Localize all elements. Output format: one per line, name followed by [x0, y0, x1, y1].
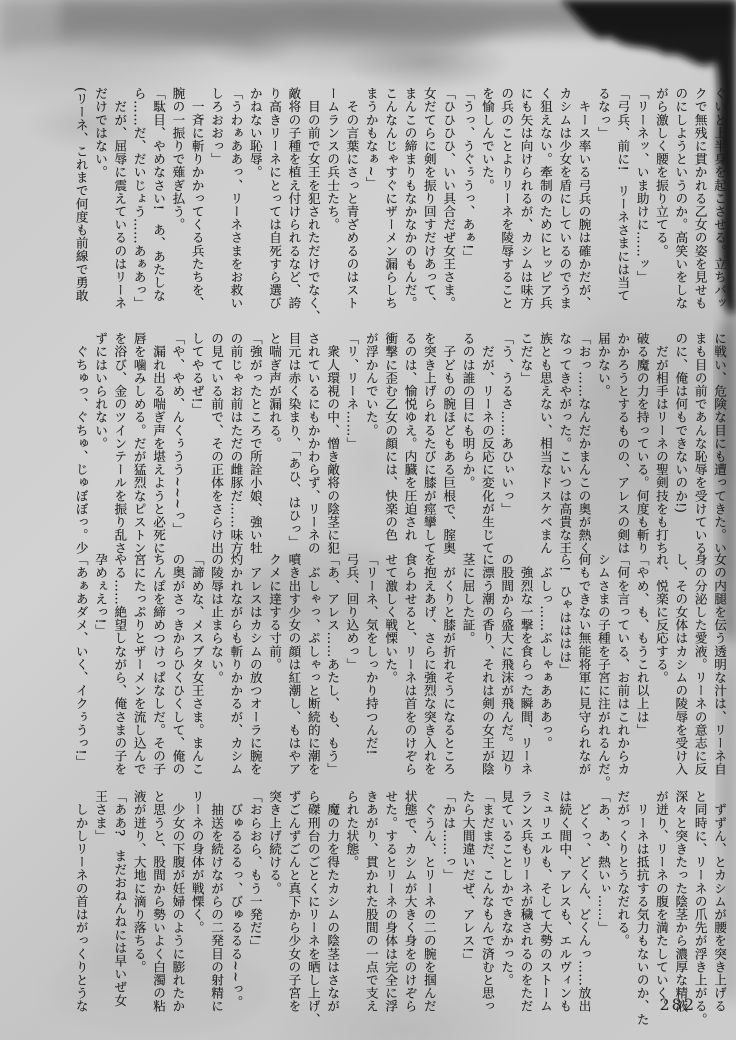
text-column: の見ている前で、その正体をさらけ出: [207, 332, 226, 562]
text-column: クで無残に貫かれる乙女の姿を見せも: [690, 87, 709, 334]
text-column: 「ひひひひ、いい具合だぜ女王さま。: [439, 87, 458, 334]
text-column: リーネの身体が戦慄く。: [187, 790, 206, 1038]
text-column: を浴び、金のツインテールを振り乱さ: [110, 332, 129, 562]
book-page: ぐいと上半身を起こさせる。立ちバックで無残に貫かれる乙女の姿を見せものにしようと…: [0, 0, 736, 1040]
text-column: 衆人環視の中、憎き敵将の陰茎に犯: [323, 332, 342, 562]
text-column: ら……だ、だいじょう……あぁあっ」: [129, 87, 148, 334]
text-column: るのは、愉悦ゆえ。内臓を圧迫され: [400, 332, 419, 562]
text-column: の前じゃお前はただの雌豚だ……味方: [226, 332, 245, 562]
text-column: してやるぜ!」: [187, 332, 206, 562]
text-column: リーネは抵抗する気力もないのか、た: [632, 790, 651, 1038]
text-column: に漂う潮の香り、それは剣の女王が陰: [478, 553, 497, 783]
text-column: 「かは……っ」: [439, 790, 458, 1038]
text-column: と喘ぎ声が漏れる。: [265, 332, 284, 562]
text-column: 「何を言っている、お前はこれからカ: [613, 553, 632, 783]
text-column: 「あ、あ、熱いぃ……」: [594, 790, 613, 1038]
text-column: ずずん、とカシムが腰を突き上げる: [710, 790, 729, 1038]
text-column: 少女の下腹が妊婦のように膨れたか: [168, 790, 187, 1038]
text-column: 身の分泌した愛液。リーネの意志に反: [690, 553, 709, 783]
text-column: 噴き出す少女の顔は紅潮し、もはやア: [284, 553, 303, 783]
text-column: だが、リーネの反応に変化が生じて: [478, 332, 497, 562]
text-column: かかろうとするものの、アレスの剣は: [613, 332, 632, 562]
text-column: 「まだまだ、こんなもんで済むと思っ: [478, 790, 497, 1038]
text-column: こんなんじゃすぐにザーメン漏らしち: [381, 87, 400, 334]
text-column: がくりと膝が折れそうになるところ: [439, 553, 458, 783]
text-column: 見ていることしかできなかった。: [497, 790, 516, 1038]
text-column: に戦い、危険な目にも遭ってきた。い: [710, 332, 729, 562]
text-column: り高きリーネにとっては自死すら選び: [265, 87, 284, 334]
text-column: 突き上げ続ける。: [265, 790, 284, 1038]
text-column: 「う、うるさ……あひぃいっ」: [497, 332, 516, 562]
text-column: の奥がさっきからひくひくして、俺の: [168, 553, 187, 783]
text-column: のに、俺は何もできないのか!): [671, 332, 690, 562]
text-column: アレスはカシムの放つオーラに腕を: [245, 553, 264, 783]
text-column: が浮かんでいた。: [361, 332, 380, 562]
text-column: 「うっ、うぐぅうっ、あぁ!」: [458, 87, 477, 334]
text-column: だがっくりとうなだれる。: [613, 790, 632, 1038]
text-column: だけではない。: [91, 87, 110, 334]
text-column: 「諦めな、メスブタ女王さま。まんこ: [187, 553, 206, 783]
text-column: を抱えあげ、さらに強烈な突き入れを: [420, 553, 439, 783]
text-column: 「おっ……なんだかまんこの奥が熱く: [574, 332, 593, 562]
text-column: と思うと、股間から勢いよく白濁の粘: [149, 790, 168, 1038]
text-column: ぐうん、とリーネの二の腕を掴んだ: [420, 790, 439, 1038]
text-column: どくっ、どくん、どくんっ……放出: [574, 790, 593, 1038]
text-column: 「弓兵、前に! リーネさまには当て: [613, 87, 632, 334]
text-column: まんこの締まりもなかなかのもんだ。: [400, 87, 419, 334]
text-column: 腕の一振りで薙ぎ払う。: [168, 87, 187, 334]
text-column: 一斉に斬りかかってくる兵たちを、: [187, 87, 206, 334]
text-column: 衝撃に歪む乙女の顔には、快楽の色: [381, 332, 400, 562]
text-column: 抽送を続けながらの二発目の射精に: [207, 790, 226, 1038]
text-column: られた状態。: [342, 790, 361, 1038]
text-column: 状態で、カシムが大きく身をのけぞら: [400, 790, 419, 1038]
text-column: クメに達する寸前。: [265, 553, 284, 783]
text-column: まうかもなぁ~」: [361, 87, 380, 334]
text-column: の陵辱は止まらない。: [207, 553, 226, 783]
text-column: の股間から盛大に飛沫が飛んだ。辺り: [497, 553, 516, 783]
text-column: まも目の前であんな恥辱を受けている: [690, 332, 709, 562]
text-column: 届かない。: [594, 332, 613, 562]
text-column: 宮にたっぷりとザーメンを流し込んで: [129, 553, 148, 783]
text-column: 「リーネッ、いま助けに……ッ」: [632, 87, 651, 334]
text-column: 「あ、アレス……あたし、も、もう」: [323, 553, 342, 783]
text-column: 「駄目、やめなさい! あ、あたしな: [149, 87, 168, 334]
text-column: し、その女体はカシムの陵辱を受け入: [671, 553, 690, 783]
text-column: 唇を噛みしめる。だが猛烈なピストン: [129, 332, 148, 562]
text-column: 茎に屈した証。: [458, 553, 477, 783]
text-column: 「リ、リーネ……」: [342, 332, 361, 562]
text-column: 敵将の子種を植え付けられるなど、誇: [284, 87, 303, 334]
text-column: 「やめ、も、もうこれ以上は」: [632, 553, 651, 783]
text-column: を愉しんでいた。: [478, 87, 497, 334]
text-band-1: ぐいと上半身を起こさせる。立ちバックで無残に貫かれる乙女の姿を見せものにしようと…: [71, 87, 729, 334]
text-column: のにしようというのか。高笑いをしな: [671, 87, 690, 334]
text-column: されているにもかかわらず、リーネの: [303, 332, 322, 562]
text-column: は続く間中、アレスも、エルヴィンも: [555, 790, 574, 1038]
text-column: がら激しく腰を振り立てる。: [652, 87, 671, 334]
text-column: 族とも思えない、相当なドスケベまん: [536, 332, 555, 562]
text-column: びゅるるるっ、びゅるるる~~っ。: [226, 790, 245, 1038]
text-column: 「うわぁああっ、リーネさまをお救い: [226, 87, 245, 334]
text-column: ずにはいられない。: [91, 332, 110, 562]
text-column: を突き上げられるたびに膝が痙攣して: [420, 332, 439, 562]
text-column: 王さま」: [91, 790, 110, 1038]
text-column: るなっ」: [594, 87, 613, 334]
text-column: 「おらおら、もう一発だ!」: [245, 790, 264, 1038]
text-column: カシムは少女を盾にしているのでうま: [555, 87, 574, 334]
text-column: 孕めぇえっ!」: [91, 553, 110, 783]
text-column: 女の内腿を伝う透明な汁は、リーネ自: [710, 553, 729, 783]
text-column: なってきやがった。こいつは高貴な王: [555, 332, 574, 562]
text-column: 「強がったところで所詮小娘、強い牡: [245, 332, 264, 562]
text-column: かねない恥辱。: [245, 87, 264, 334]
text-column: 食らわせると、リーネは首をのけぞら: [400, 553, 419, 783]
text-column: 強烈な一撃を食らった瞬間、リーネ: [516, 553, 535, 783]
text-column: ームランスの兵士たち。: [323, 87, 342, 334]
text-column: ぶしゃっ、ぷしゃっと断続的に潮を: [303, 553, 322, 783]
text-column: (リーネ、これまで何度も前線で勇敢: [71, 87, 90, 334]
text-column: 何もできない無能将軍に見守られなが: [574, 553, 593, 783]
text-column: きあがり、貫かれた股間の一点で支え: [361, 790, 380, 1038]
text-column: 液が迸り、大地に滴り落ちる。: [129, 790, 148, 1038]
text-column: れ、悦楽に反応する。: [652, 553, 671, 783]
text-column: その言葉にさっと青ざめるのはスト: [342, 87, 361, 334]
text-column: せて激しく戦慄いた。: [381, 553, 400, 783]
text-column: しかしリーネの首はがっくりとうな: [71, 790, 90, 1038]
text-column: 目の前で女王を犯されただけでなく、: [303, 87, 322, 334]
text-column: やる……絶望しながら、俺さまの子を: [110, 553, 129, 783]
text-column: せた。するとリーネの身体は完全に浮: [381, 790, 400, 1038]
text-column: 子どもの腕ほどもある巨根で、腟奥: [439, 332, 458, 562]
text-column: の兵のことよりリーネを陵辱すること: [497, 87, 516, 334]
text-column: キース率いる弓兵の腕は確かだが、: [574, 87, 593, 334]
text-column: だが、屈辱に震えているのはリーネ: [110, 87, 129, 334]
text-band-2: に戦い、危険な目にも遭ってきた。いまも目の前であんな恥辱を受けているのに、俺は何…: [71, 332, 729, 562]
text-column: ぐちゅっ、ぐちゅ、じゅぼぼっ。少: [71, 332, 90, 562]
text-column: ら! ひゃはははは」: [555, 553, 574, 783]
text-column: シムさまの子種を子宮に注がれるんだ。: [594, 553, 613, 783]
text-column: 灼かれながらも斬りかかるが、カシム: [226, 553, 245, 783]
text-column: 破る魔の力を持っている。何度も斬り: [632, 332, 651, 562]
text-column: こだな」: [516, 332, 535, 562]
text-column: 漏れ出る喘ぎ声を堪えようと必死に: [149, 332, 168, 562]
text-column: しろおおっ」: [207, 87, 226, 334]
text-column: 弓兵、回り込めっ」: [342, 553, 361, 783]
text-column: にも矢は向けられるが、カシムは味方: [516, 87, 535, 334]
text-column: く狙えない。牽制のためにヒッピア兵: [536, 87, 555, 334]
text-column: たら大間違いだぜ、アレス!」: [458, 790, 477, 1038]
text-band-4: ずずん、とカシムが腰を突き上げると同時に、リーネの爪先が浮き上がる。深々と突きた…: [71, 790, 729, 1038]
text-column: だが相手はリーネの聖剣技をも打ち: [652, 332, 671, 562]
text-column: るのは誰の目にも明らか。: [458, 332, 477, 562]
text-column: ぐいと上半身を起こさせる。立ちバッ: [710, 87, 729, 334]
text-column: ランス兵もリーネが穢されるのをただ: [516, 790, 535, 1038]
text-column: ミュリエルも、そして大勢のストーム: [536, 790, 555, 1038]
text-column: 魔の力を得たカシムの陰茎はさなが: [323, 790, 342, 1038]
text-band-3: 女の内腿を伝う透明な汁は、リーネ自身の分泌した愛液。リーネの意志に反し、その女体…: [71, 553, 729, 783]
page-number: 282: [659, 995, 696, 1014]
text-column: 女だてらに剣を振り回すだけあって、: [420, 87, 439, 334]
text-column: ら磔刑台のごとくにリーネを晒し上げ、: [303, 790, 322, 1038]
text-column: ちんぽを締めつけっぱなしだ。その子: [149, 553, 168, 783]
text-column: 「あぁあダメ、いく、イクぅうっ!」: [71, 553, 90, 783]
text-column: 「や、やめ、んくぅうう~~~っ」: [168, 332, 187, 562]
text-column: 「ああ? まだおねんねには早いぜ女: [110, 790, 129, 1038]
text-column: ずごんずごんと真下から少女の子宮を: [284, 790, 303, 1038]
text-column: 目元は赤く染まり、「あひ、はひっ」: [284, 332, 303, 562]
text-column: ぶしっ……ぶしゃぁあああっ。: [536, 553, 555, 783]
text-column: 「リーネ、気をしっかり持つんだ!: [361, 553, 380, 783]
